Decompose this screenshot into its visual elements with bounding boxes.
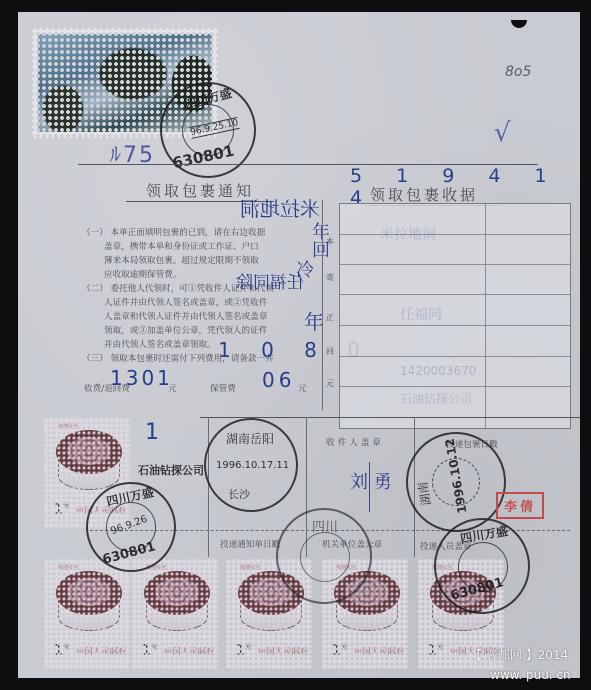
red-name-chop: 李倩 bbox=[496, 492, 544, 519]
receipt-table: 米拉地洞 任福同 1420003670 石油钻探公司 bbox=[339, 203, 571, 429]
punch-notch bbox=[511, 20, 527, 28]
fee-label-2: 保管费 bbox=[210, 382, 236, 394]
column-divider bbox=[322, 200, 323, 410]
postmark-origin-mid: 四川 bbox=[276, 508, 372, 604]
fee-unit-2: 元 bbox=[298, 382, 307, 394]
definitive-stamp-2: 福建民居 1元 中国人民邮政 bbox=[44, 559, 130, 669]
left-marker: 1 bbox=[145, 420, 159, 445]
recipient-line-1: 米拉地洞 bbox=[240, 193, 320, 222]
company-chop: 石油钻探公司 bbox=[138, 462, 204, 478]
notice-date-label: 投递通知单日戳 bbox=[220, 538, 280, 550]
postmark-origin-right: 四川万盛 630801 bbox=[434, 518, 530, 614]
recipient-seal-label: 收件人盖章 bbox=[326, 436, 384, 448]
recipient-signature: 刘 勇 bbox=[350, 468, 392, 494]
definitive-stamp-3: 福建民居 1元 中国人民邮政 bbox=[132, 559, 218, 669]
recipient-line-4: 任福同除 bbox=[236, 268, 304, 293]
postmark-notice: 湖南岳阳 1996.10.17.11 长沙 bbox=[204, 418, 298, 512]
recipient-line-5: 年 bbox=[304, 306, 324, 335]
check-mark: √ bbox=[494, 118, 511, 148]
watermark-url: www. puu. cn bbox=[490, 668, 571, 682]
fee-value-2: 06 bbox=[262, 368, 295, 392]
watermark-brand: 【 普邮网 】2014 bbox=[470, 646, 568, 663]
postmark-origin-left: 四川万盛 96.9.26 630801 bbox=[86, 482, 176, 572]
notice-title: 领取包裹通知 bbox=[146, 180, 254, 201]
corner-note: 8o5 bbox=[505, 64, 531, 80]
fee-value-1: 1301 bbox=[110, 366, 173, 390]
